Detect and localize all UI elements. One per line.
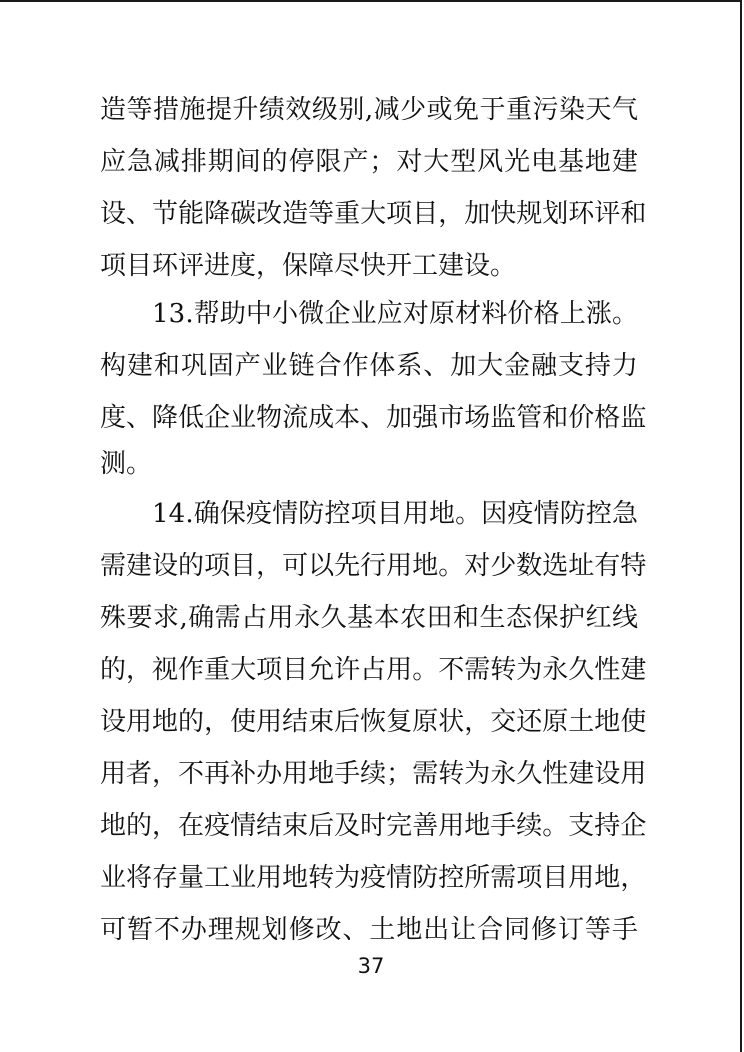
paragraph-line: 测。 [100,447,638,481]
paragraph-line: 度、降低企业物流成本、加强市场监管和价格监 [100,401,638,435]
section-heading-line-13: 13.帮助中小微企业应对原材料价格上涨。 [152,297,638,331]
paragraph-line: 地的，在疫情结束后及时完善用地手续。支持企 [100,809,638,843]
paragraph-line: 需建设的项目，可以先行用地。对少数选址有特 [100,549,638,583]
section-heading-line-14: 14.确保疫情防控项目用地。因疫情防控急 [152,497,638,531]
page-number: 37 [0,952,742,980]
paragraph-line: 设、节能降碳改造等重大项目，加快规划环评和 [100,197,638,231]
paragraph-line: 用者，不再补办用地手续；需转为永久性建设用 [100,757,638,791]
paragraph-line: 设用地的，使用结束后恢复原状，交还原土地使 [100,705,638,739]
paragraph-line: 项目环评进度，保障尽快开工建设。 [100,249,638,283]
paragraph-line: 业将存量工业用地转为疫情防控所需项目用地， [100,861,638,895]
paragraph-line: 的，视作重大项目允许占用。不需转为永久性建 [100,653,638,687]
paragraph-line: 可暂不办理规划修改、土地出让合同修订等手 [100,913,638,947]
paragraph-line: 殊要求,确需占用永久基本农田和生态保护红线 [100,601,638,635]
paragraph-line: 构建和巩固产业链合作体系、加大金融支持力 [100,349,638,383]
paragraph-line: 应急减排期间的停限产；对大型风光电基地建 [100,145,638,179]
document-page: 造等措施提升绩效级别,减少或免于重污染天气 应急减排期间的停限产；对大型风光电基… [0,0,742,1052]
paragraph-line: 造等措施提升绩效级别,减少或免于重污染天气 [100,93,638,127]
